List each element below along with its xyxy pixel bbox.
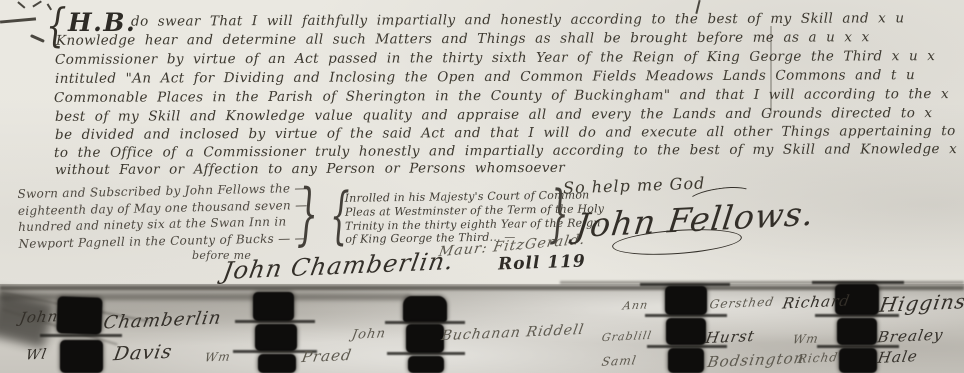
signature-forename: Wm: [792, 331, 820, 346]
pencil-dash-mark: [0, 17, 36, 23]
signature-surname: Hale: [876, 347, 919, 367]
manuscript-scan: { H.B. do swear That I will faithfully i…: [0, 0, 964, 373]
wax-seal: [665, 286, 707, 315]
attestation-block: Sworn and Subscribed by John Fellows the…: [17, 180, 308, 252]
signature-forename: Ann: [622, 298, 650, 312]
wax-seal: [408, 356, 444, 373]
oath-line: best of my Skill and Knowledge value qua…: [55, 105, 932, 125]
wax-seal: [60, 340, 103, 373]
roll-number: Roll 119: [498, 251, 586, 274]
oath-line: Commonable Places in the Parish of Sheri…: [54, 86, 949, 106]
signature-forename: John: [18, 307, 60, 327]
wax-seal: [668, 348, 704, 373]
signature-forename: Grablill: [601, 329, 653, 344]
wax-seal: [403, 296, 447, 322]
pencil-tick-mark: [32, 0, 41, 7]
oath-line: Commissioner by virtue of an Act passed …: [55, 48, 935, 68]
pencil-tick-mark: [18, 1, 26, 8]
signature-surname: Davis: [112, 341, 174, 366]
wax-seal: [255, 324, 297, 351]
signature-forename: Richd: [797, 350, 840, 366]
attestation-brace: }: [297, 181, 318, 248]
wax-seal: [666, 318, 706, 345]
oath-line: to the Office of a Commissioner truly ho…: [54, 141, 957, 161]
chamberlin-signature: John Chamberlin.: [221, 247, 457, 285]
seal-ribbon: [40, 334, 122, 337]
signature-surname: Gersthed: [709, 295, 776, 312]
signature-forename: Saml: [601, 353, 638, 368]
so-help-me-god: So help me God: [563, 174, 706, 198]
signature-forename: Richard: [781, 292, 851, 313]
oath-line: be divided and inclosed by virtue of the…: [55, 123, 956, 143]
signature-forename: Wm: [204, 349, 232, 364]
pen-stroke-mark: [30, 34, 45, 42]
signature-surname: Praed: [300, 346, 353, 366]
oath-line: intituled "An Act for Dividing and Inclo…: [55, 67, 915, 87]
signature-surname: Higgins: [878, 289, 964, 317]
wax-seal: [258, 354, 296, 373]
fold-shadow-line: [0, 286, 964, 290]
oath-line: Knowledge hear and determine all such Ma…: [56, 29, 870, 49]
signature-surname: Hurst: [704, 327, 756, 347]
wax-seal: [253, 292, 294, 321]
signature-forename: John: [351, 326, 388, 342]
wax-seal: [839, 348, 877, 373]
oath-line: do swear That I will faithfully impartia…: [131, 10, 905, 29]
wax-seal: [406, 324, 444, 353]
signature-forename: Wl: [25, 347, 49, 364]
signature-surname: Brealey: [876, 326, 945, 347]
wax-seal: [56, 296, 102, 335]
wax-seal: [837, 318, 877, 345]
